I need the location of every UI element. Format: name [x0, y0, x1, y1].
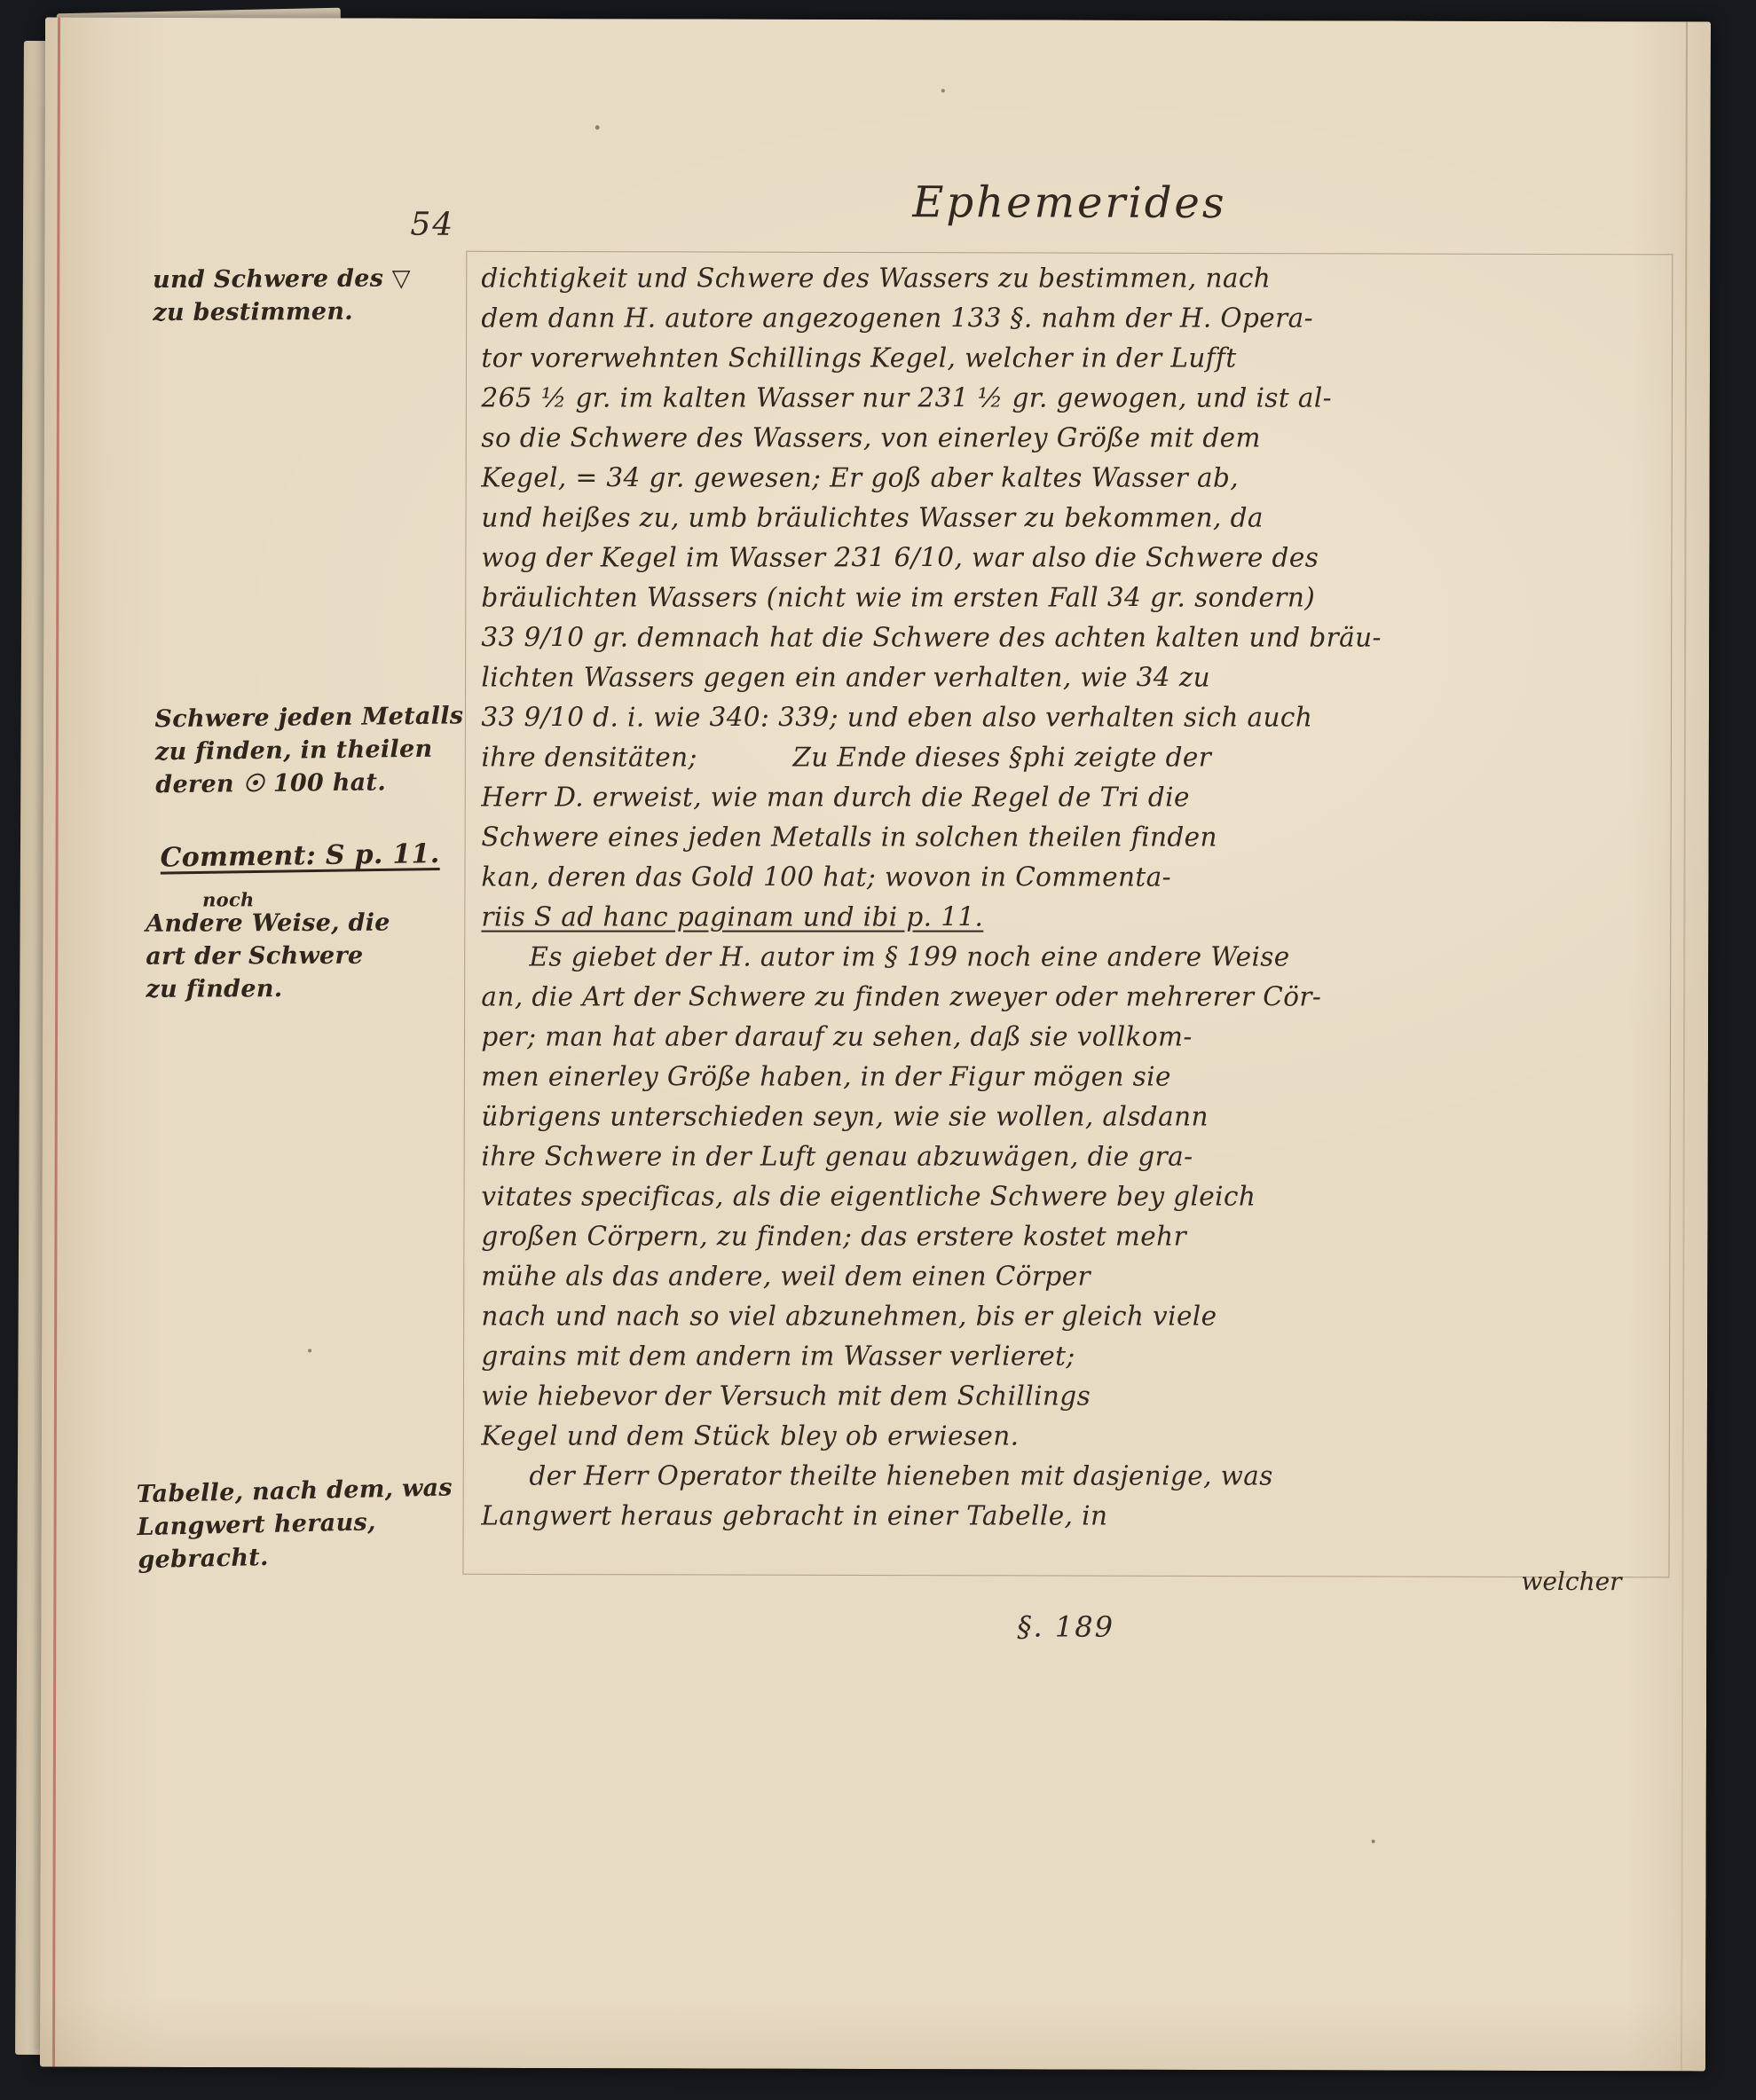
- manuscript-line: Es giebet der H. autor im § 199 noch ein…: [481, 938, 1659, 978]
- manuscript-line: übrigens unterschieden seyn, wie sie wol…: [481, 1097, 1659, 1137]
- manuscript-line: vitates specificas, als die eigentliche …: [481, 1177, 1659, 1217]
- manuscript-line: Herr D. erweist, wie man durch die Regel…: [481, 778, 1659, 818]
- scan-background: 54 Ephemerides dichtigkeit und Schwere d…: [0, 0, 1756, 2100]
- margin-note-line: deren ☉ 100 hat.: [155, 765, 464, 801]
- margin-note-line: Tabelle, nach dem, was: [136, 1471, 453, 1511]
- manuscript-line: wie hiebevor der Versuch mit dem Schilli…: [481, 1377, 1659, 1417]
- text-frame: dichtigkeit und Schwere des Wassers zu b…: [462, 251, 1673, 1578]
- manuscript-line: tor vorerwehnten Schillings Kegel, welch…: [481, 339, 1659, 379]
- paper-speck: [595, 125, 600, 130]
- margin-note-line: zu finden, in theilen: [155, 732, 464, 768]
- paper-speck: [308, 1349, 311, 1352]
- book-page: 54 Ephemerides dichtigkeit und Schwere d…: [40, 18, 1711, 2072]
- manuscript-line: 33 9/10 gr. demnach hat die Schwere des …: [481, 618, 1659, 658]
- manuscript-line: men einerley Größe haben, in der Figur m…: [481, 1058, 1659, 1097]
- manuscript-line: per; man hat aber darauf zu sehen, daß s…: [481, 1018, 1659, 1058]
- manuscript-line: der Herr Operator theilte hieneben mit d…: [481, 1457, 1659, 1497]
- manuscript-line: dichtigkeit und Schwere des Wassers zu b…: [481, 259, 1659, 299]
- margin-note-comment-reference: Comment: S p. 11.: [160, 838, 439, 875]
- manuscript-line: Langwert heraus gebracht in einer Tabell…: [481, 1497, 1659, 1537]
- red-edge-line: [52, 18, 60, 2067]
- paper-speck: [1372, 1839, 1375, 1843]
- manuscript-line: 33 9/10 d. i. wie 340: 339; und eben als…: [481, 698, 1659, 738]
- margin-note-table: Tabelle, nach dem, wasLangwert heraus,ge…: [136, 1471, 453, 1577]
- manuscript-line: 265 ½ gr. im kalten Wasser nur 231 ½ gr.…: [481, 379, 1659, 419]
- page-number: 54: [410, 207, 454, 243]
- paper-fold-line: [1681, 21, 1688, 2071]
- margin-note-line: zu finden.: [146, 972, 390, 1006]
- margin-note-line: Comment: S p. 11.: [160, 838, 439, 875]
- manuscript-line: und heißes zu, umb bräulichtes Wasser zu…: [481, 499, 1659, 539]
- manuscript-line: an, die Art der Schwere zu finden zweyer…: [481, 978, 1659, 1018]
- margin-note-line: zu bestimmen.: [153, 295, 411, 329]
- catchword: welcher: [1521, 1567, 1621, 1596]
- margin-note-line: gebracht.: [138, 1537, 454, 1577]
- manuscript-line: ihre densitäten; Zu Ende dieses §phi zei…: [481, 738, 1659, 778]
- manuscript-line: so die Schwere des Wassers, von einerley…: [481, 419, 1659, 459]
- manuscript-text: dichtigkeit und Schwere des Wassers zu b…: [481, 259, 1659, 1537]
- paper-speck: [941, 89, 945, 92]
- margin-note-line: Andere Weise, die: [146, 907, 390, 940]
- manuscript-line: ihre Schwere in der Luft genau abzuwägen…: [481, 1137, 1659, 1177]
- manuscript-line: mühe als das andere, weil dem einen Cörp…: [481, 1257, 1659, 1297]
- manuscript-line: lichten Wassers gegen ein ander verhalte…: [481, 658, 1659, 698]
- margin-note-line: und Schwere des ▽: [153, 262, 411, 296]
- margin-note-line: Schwere jeden Metalls: [154, 699, 463, 735]
- manuscript-line: Kegel, = 34 gr. gewesen; Er goß aber kal…: [481, 459, 1659, 499]
- manuscript-line: dem dann H. autore angezogenen 133 §. na…: [481, 299, 1659, 339]
- page-header: Ephemerides: [466, 177, 1673, 230]
- margin-note-metal-weight: Schwere jeden Metallszu finden, in theil…: [154, 699, 464, 801]
- margin-note-line: art der Schwere: [146, 940, 390, 973]
- manuscript-line: Schwere eines jeden Metalls in solchen t…: [481, 818, 1659, 858]
- manuscript-line: riis S ad hanc paginam und ibi p. 11.: [481, 898, 1659, 938]
- manuscript-line: wog der Kegel im Wasser 231 6/10, war al…: [481, 539, 1659, 578]
- margin-note-other-method: noch Andere Weise, dieart der Schwerezu …: [146, 891, 390, 1006]
- manuscript-line: nach und nach so viel abzunehmen, bis er…: [481, 1297, 1659, 1337]
- margin-note-water-weight: und Schwere des ▽zu bestimmen.: [153, 262, 411, 329]
- manuscript-line: großen Cörpern, zu finden; das erstere k…: [481, 1217, 1659, 1257]
- manuscript-line: Kegel und dem Stück bley ob erwiesen.: [481, 1417, 1659, 1457]
- manuscript-line: grains mit dem andern im Wasser verliere…: [481, 1337, 1659, 1377]
- manuscript-line: kan, deren das Gold 100 hat; wovon in Co…: [481, 858, 1659, 898]
- manuscript-line: bräulichten Wassers (nicht wie im ersten…: [481, 578, 1659, 618]
- section-number: §. 189: [462, 1608, 1669, 1646]
